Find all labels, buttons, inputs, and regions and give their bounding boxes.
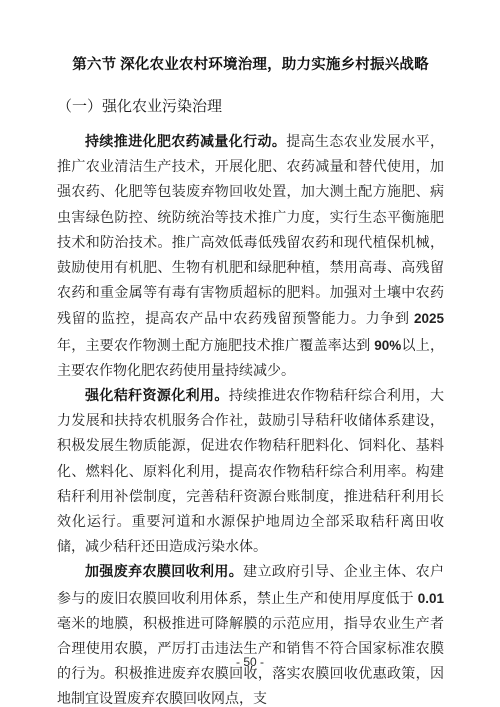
document-page: 第六节 深化农业农村环境治理，助力实施乡村振兴战略 （一）强化农业污染治理 持续… (0, 0, 500, 707)
paragraph: 持续推进化肥农药减量化行动。提高生态农业发展水平，推广农业清洁生产技术，开展化肥… (57, 130, 444, 384)
paragraph-lead: 加强废弃农膜回收利用。 (85, 565, 243, 580)
paragraph: 强化秸秆资源化利用。持续推进农作物秸秆综合利用，大力发展和扶持农机服务合作社，鼓… (57, 384, 444, 560)
paragraph: 加强废弃农膜回收利用。建立政府引导、企业主体、农户参与的废旧农膜回收利用体系，禁… (57, 560, 444, 707)
numeric-value: 0.01 (418, 591, 444, 606)
numeric-value: 90% (374, 338, 401, 353)
body-paragraphs: 持续推进化肥农药减量化行动。提高生态农业发展水平，推广农业清洁生产技术，开展化肥… (57, 130, 444, 707)
page-number: - 50 - (0, 655, 500, 669)
section-heading: （一）强化农业污染治理 (57, 95, 444, 120)
page-title: 第六节 深化农业农村环境治理，助力实施乡村振兴战略 (57, 52, 444, 78)
page-content: 第六节 深化农业农村环境治理，助力实施乡村振兴战略 （一）强化农业污染治理 持续… (57, 0, 444, 707)
paragraph-lead: 持续推进化肥农药减量化行动。 (85, 135, 286, 150)
numeric-value: 2025 (414, 311, 444, 326)
paragraph-lead: 强化秸秆资源化利用。 (85, 389, 229, 404)
